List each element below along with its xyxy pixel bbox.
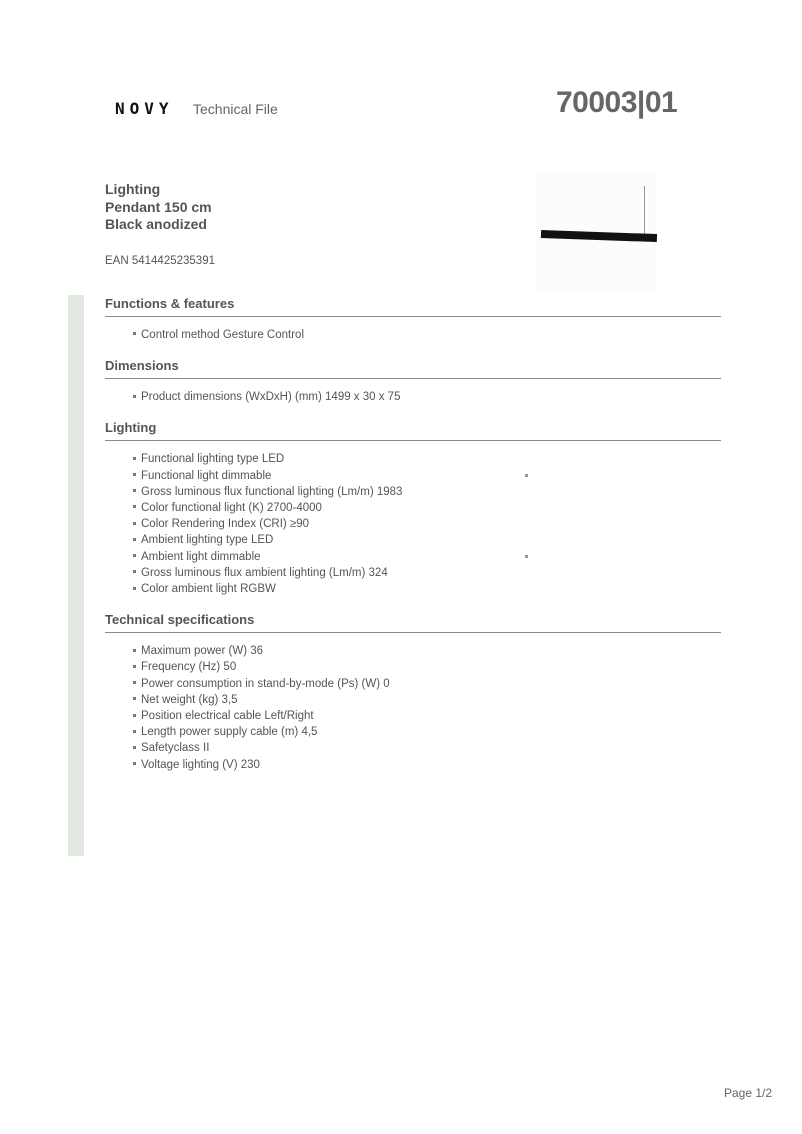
bullet-icon	[133, 665, 136, 668]
bullet-icon	[133, 457, 136, 460]
spec-item: Position electrical cable Left/Right	[133, 708, 721, 724]
bullet-icon	[133, 505, 136, 508]
spec-text: Gross luminous flux ambient lighting (Lm…	[141, 567, 388, 579]
spec-section: LightingFunctional lighting type LEDFunc…	[105, 420, 721, 612]
spec-item: Functional lighting type LED	[133, 451, 721, 467]
spec-text: Product dimensions (WxDxH) (mm) 1499 x 3…	[141, 391, 400, 403]
product-image	[535, 172, 657, 292]
product-title: Lighting Pendant 150 cm Black anodized	[105, 181, 212, 234]
spec-text: Functional light dimmable	[141, 470, 271, 482]
section-heading: Functions & features	[105, 296, 721, 317]
spec-text: Gross luminous flux functional lighting …	[141, 486, 402, 498]
product-name: Pendant 150 cm	[105, 199, 212, 217]
spec-item: Functional light dimmable	[133, 468, 721, 484]
spec-list: Control method Gesture Control	[105, 317, 721, 358]
bullet-icon	[133, 649, 136, 652]
bullet-icon	[133, 587, 136, 590]
product-finish: Black anodized	[105, 216, 212, 234]
spec-text: Color ambient light RGBW	[141, 583, 276, 595]
bullet-icon	[133, 473, 136, 476]
spec-text: Power consumption in stand-by-mode (Ps) …	[141, 678, 390, 690]
spec-list: Maximum power (W) 36Frequency (Hz) 50Pow…	[105, 633, 721, 788]
spec-item: Frequency (Hz) 50	[133, 659, 721, 675]
spec-section: Technical specificationsMaximum power (W…	[105, 612, 721, 788]
document-type: Technical File	[193, 101, 278, 117]
bullet-icon	[133, 489, 136, 492]
bullet-icon	[133, 538, 136, 541]
spec-item: Net weight (kg) 3,5	[133, 692, 721, 708]
sidebar-accent	[68, 295, 84, 856]
yes-marker-icon	[525, 555, 528, 558]
spec-item: Color Rendering Index (CRI) ≥90	[133, 516, 721, 532]
spec-text: Control method Gesture Control	[141, 329, 304, 341]
spec-item: Power consumption in stand-by-mode (Ps) …	[133, 676, 721, 692]
spec-item: Voltage lighting (V) 230	[133, 757, 721, 773]
spec-section: Functions & featuresControl method Gestu…	[105, 296, 721, 358]
bullet-icon	[133, 762, 136, 765]
spec-item: Product dimensions (WxDxH) (mm) 1499 x 3…	[133, 389, 721, 405]
section-heading: Dimensions	[105, 358, 721, 379]
spec-item: Ambient lighting type LED	[133, 532, 721, 548]
spec-text: Color Rendering Index (CRI) ≥90	[141, 518, 309, 530]
section-heading: Lighting	[105, 420, 721, 441]
bullet-icon	[133, 730, 136, 733]
spec-item: Gross luminous flux functional lighting …	[133, 484, 721, 500]
spec-item: Safetyclass II	[133, 740, 721, 756]
spec-list: Functional lighting type LEDFunctional l…	[105, 441, 721, 612]
spec-content: Functions & featuresControl method Gestu…	[105, 296, 721, 788]
bullet-icon	[133, 697, 136, 700]
spec-item: Gross luminous flux ambient lighting (Lm…	[133, 565, 721, 581]
spec-text: Ambient light dimmable	[141, 551, 261, 563]
spec-text: Color functional light (K) 2700-4000	[141, 502, 322, 514]
spec-text: Safetyclass II	[141, 742, 209, 754]
product-code: 70003|01	[556, 86, 677, 120]
pendant-bar	[541, 230, 657, 242]
spec-item: Control method Gesture Control	[133, 327, 721, 343]
product-category: Lighting	[105, 181, 212, 199]
suspension-wire	[644, 186, 645, 240]
spec-text: Functional lighting type LED	[141, 453, 284, 465]
bullet-icon	[133, 570, 136, 573]
spec-text: Frequency (Hz) 50	[141, 661, 236, 673]
ean-code: EAN 5414425235391	[105, 255, 215, 267]
spec-item: Color ambient light RGBW	[133, 581, 721, 597]
spec-text: Voltage lighting (V) 230	[141, 759, 260, 771]
bullet-icon	[133, 746, 136, 749]
bullet-icon	[133, 332, 136, 335]
spec-item: Maximum power (W) 36	[133, 643, 721, 659]
spec-item: Color functional light (K) 2700-4000	[133, 500, 721, 516]
spec-text: Ambient lighting type LED	[141, 534, 273, 546]
bullet-icon	[133, 522, 136, 525]
bullet-icon	[133, 395, 136, 398]
bullet-icon	[133, 714, 136, 717]
spec-item: Length power supply cable (m) 4,5	[133, 724, 721, 740]
page-number: Page 1/2	[724, 1086, 772, 1100]
brand-logo: NOVY	[115, 99, 174, 118]
bullet-icon	[133, 681, 136, 684]
bullet-icon	[133, 554, 136, 557]
spec-text: Maximum power (W) 36	[141, 645, 263, 657]
yes-marker-icon	[525, 474, 528, 477]
spec-text: Position electrical cable Left/Right	[141, 710, 314, 722]
spec-item: Ambient light dimmable	[133, 549, 721, 565]
spec-text: Net weight (kg) 3,5	[141, 694, 238, 706]
section-heading: Technical specifications	[105, 612, 721, 633]
spec-text: Length power supply cable (m) 4,5	[141, 726, 317, 738]
spec-list: Product dimensions (WxDxH) (mm) 1499 x 3…	[105, 379, 721, 420]
spec-section: DimensionsProduct dimensions (WxDxH) (mm…	[105, 358, 721, 420]
